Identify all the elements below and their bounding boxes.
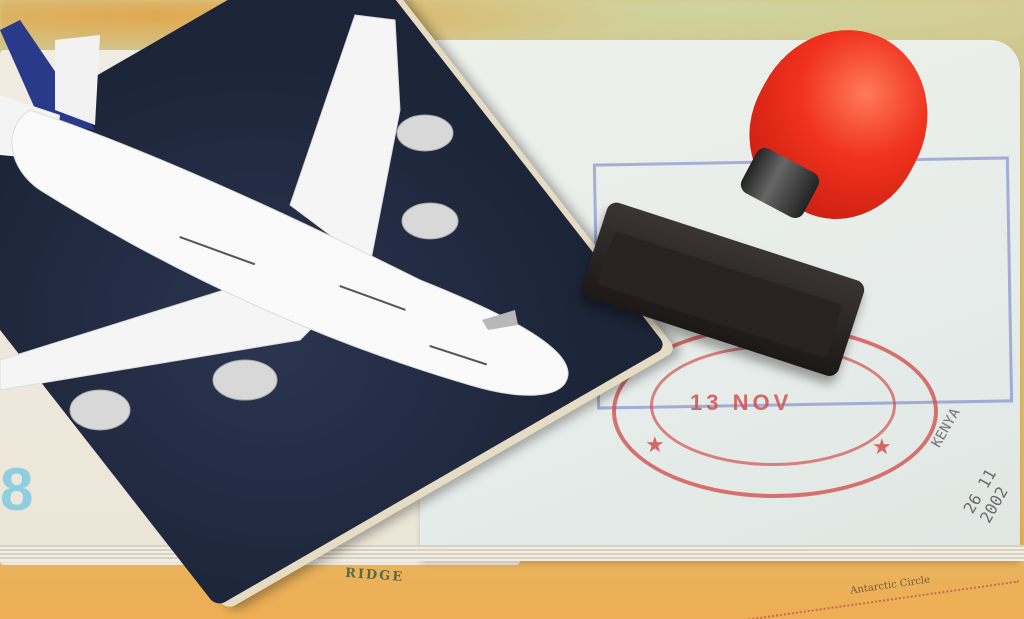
airplane-rear-stabilizer [55, 35, 100, 125]
photo-scene: 8 13 NOV ★ ★ KENYA 26 11 2002 [0, 0, 1024, 619]
toy-airplane [0, 0, 1024, 619]
